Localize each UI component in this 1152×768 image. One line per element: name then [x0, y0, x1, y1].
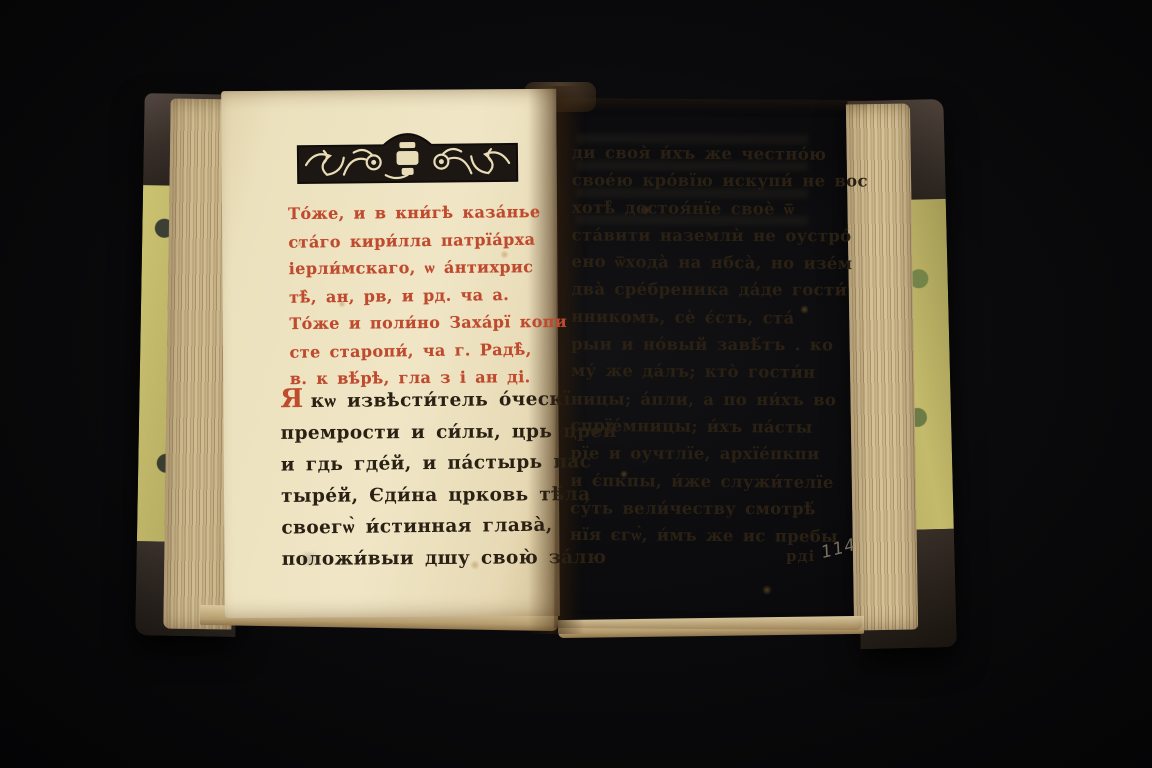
text-line: тыре́й, Єди́на црковь тѣ́ла	[281, 479, 581, 512]
text-line: и гдь где́й, и па́стырь па́с	[281, 446, 581, 481]
text-line: спрїе́мницы; и́хъ па́сты	[570, 412, 858, 442]
text-line: ди своя̀ и́хъ же честно́ю	[572, 139, 860, 169]
text-line: хотѣ̀ достоя́нїе своѐ ѿ	[572, 193, 860, 223]
text-line: два̀ сре́бреника да́де гости́	[571, 276, 859, 304]
text-line: ста́вити наземлѝ не оустро́	[572, 221, 860, 249]
photo-scene: То́же, и в кни́гѣ каза́ньеста́го кири́лл…	[0, 0, 1152, 768]
right-page-body-text: ди своя̀ и́хъ же честно́юсвое́ю кро́вїю …	[570, 139, 860, 550]
text-line: положи́выи дшу свою̀ за́лю	[282, 542, 582, 575]
red-initial-letter: Я	[280, 386, 304, 412]
floral-woodcut-icon	[294, 129, 522, 189]
text-line: рїе и оучтлїе, архїе́пкпи	[570, 440, 858, 468]
text-line: премрости и си́лы, црь цре́й	[280, 416, 580, 449]
text-line: сте старопи́, ча г. Радѣ̀,	[289, 335, 567, 366]
left-page-body-text: Я кѡ извѣсти́тель о́ческї премрости и си…	[280, 384, 582, 576]
text-line: своегѡ̀ и́стинная глава̀,	[281, 509, 581, 544]
text-line: іерли́мскаго, ѡ а́нтихрис	[289, 253, 567, 283]
text-line: тѣ̀, ан, рв, и рд. ча а.	[289, 280, 567, 311]
text-line: ницы; а́пли, а по ни́хъ во	[571, 385, 859, 413]
text-line-content: кѡ извѣсти́тель о́ческї	[311, 384, 571, 418]
headpiece-ornament-woodcut	[294, 129, 522, 189]
text-line: Я кѡ извѣсти́тель о́ческї	[280, 384, 580, 418]
text-line: ено ѿхода̀ на нбса̀, но изе́м	[571, 248, 859, 278]
folio-catchword: рді	[786, 547, 815, 565]
text-line: свое́ю кро́вїю искупи́ не вос	[572, 167, 860, 195]
text-line: рыи и но́вый завѣ́тъ . ко	[571, 331, 859, 359]
left-page-body-rest: премрости и си́лы, црь цре́йи гдь где́й,…	[280, 415, 581, 575]
text-line: нникомъ, сѐ є́сть, ста́	[571, 303, 859, 333]
text-line: То́же, и в кни́гѣ каза́нье	[288, 198, 566, 228]
left-page-rubric-text: То́же, и в кни́гѣ каза́ньеста́го кири́лл…	[288, 198, 568, 393]
text-line: и є́пкпы, и́же служи́телїе	[570, 466, 858, 496]
foxing-spot	[762, 585, 772, 595]
text-line: му́ же да́лъ; кто̀ гости́н	[571, 357, 859, 387]
text-line: ста́го кири́лла патрїа́рха	[288, 225, 566, 256]
text-line: су́ть вели́честву смотрѣ́	[570, 494, 858, 522]
text-line: То́же и поли́но Заха́рї копи	[289, 308, 567, 338]
